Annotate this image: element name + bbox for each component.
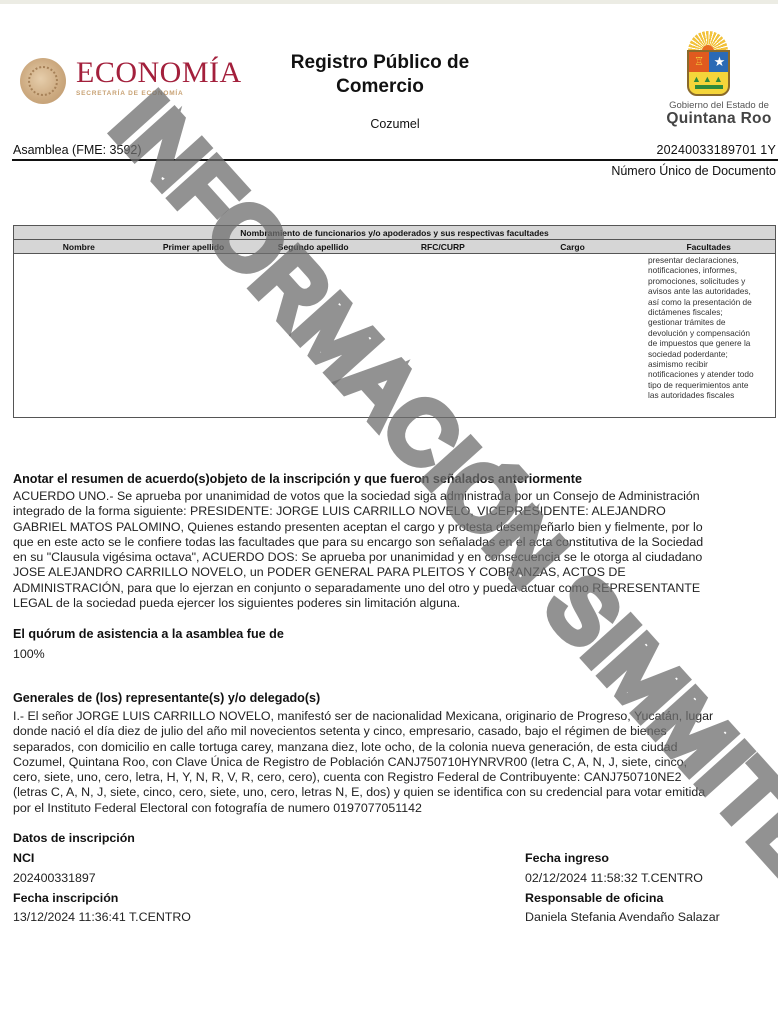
economia-logo: ECONOMÍA SECRETARÍA DE ECONOMÍA — [16, 52, 256, 108]
trees-icon: ▲▲▲ — [692, 74, 728, 84]
agreements-line: ADMINISTRACIÓN, para que lo ejerzan en c… — [13, 581, 775, 596]
facultades-line: asimismo recibir — [648, 359, 775, 369]
agreements-line: ACUERDO UNO.- Se aprueba por unanimidad … — [13, 489, 775, 504]
quintana-roo-logo: ♖ ★ ▲▲▲ Gobierno del Estado de Quintana … — [660, 28, 778, 130]
representatives-line: cero, siete, uno, cero, letra, H, Y, N, … — [13, 770, 775, 785]
scan-top-edge — [0, 0, 778, 4]
column-header-cargo: Cargo — [503, 240, 643, 253]
column-header-facultades: Facultades — [642, 240, 775, 253]
facultades-line: las autoridades fiscales — [648, 390, 775, 400]
economia-wordmark: ECONOMÍA — [76, 56, 242, 90]
facultades-line: notificaciones, informes, — [648, 265, 775, 275]
fecha-inscripcion-value: 13/12/2024 11:36:41 T.CENTRO — [13, 910, 191, 924]
nci-value: 202400331897 — [13, 871, 96, 885]
state-name: Quintana Roo — [660, 110, 778, 128]
representatives-line: por el Instituto Federal Electoral con f… — [13, 801, 775, 816]
column-header-nombre: Nombre — [14, 240, 144, 253]
responsable-label: Responsable de oficina — [525, 891, 663, 905]
representatives-line: separados, con domicilio en calle tortug… — [13, 740, 775, 755]
facultades-cell: presentar declaraciones,notificaciones, … — [644, 255, 775, 401]
agreements-line: que en este acto se le confiere todas la… — [13, 535, 775, 550]
table-header-row: Nombre Primer apellido Segundo apellido … — [14, 240, 775, 254]
office-city: Cozumel — [270, 117, 520, 131]
facultades-line: notificaciones y atender todo — [648, 369, 775, 379]
star-icon: ★ — [709, 52, 730, 72]
column-header-rfc-curp: RFC/CURP — [383, 240, 503, 253]
sun-icon — [688, 31, 728, 51]
nci-label: NCI — [13, 851, 34, 865]
facultades-line: presentar declaraciones, — [648, 255, 775, 265]
document-number-label: Número Único de Documento — [611, 164, 776, 178]
agreements-title: Anotar el resumen de acuerdo(s)objeto de… — [13, 472, 582, 486]
act-type: Asamblea (FME: 3592) — [13, 143, 142, 157]
facultades-line: tipo de requerimientos ante — [648, 380, 775, 390]
facultades-line: de impuestos que genere la — [648, 338, 775, 348]
title-line-1: Registro Público de — [270, 51, 490, 75]
officials-table: Nombramiento de funcionarios y/o apodera… — [13, 225, 776, 418]
representatives-line: Cozumel, Quintana Roo, con Clave Única d… — [13, 755, 775, 770]
agreements-line: LEGAL de la sociedad pueda ejercer los s… — [13, 596, 775, 611]
agreements-line: integrado de la forma siguiente: PRESIDE… — [13, 504, 775, 519]
table-caption: Nombramiento de funcionarios y/o apodera… — [14, 226, 775, 240]
facultades-line: gestionar trámites de — [648, 317, 775, 327]
representatives-title: Generales de (los) representante(s) y/o … — [13, 691, 320, 705]
representatives-line: (letras C, A, N, J, siete, cinco, cero, … — [13, 785, 775, 800]
facultades-line: sociedad poderdante; — [648, 349, 775, 359]
fecha-ingreso-value: 02/12/2024 11:58:32 T.CENTRO — [525, 871, 703, 885]
agreements-line: en su "Clausula vigésima octava", ACUERD… — [13, 550, 775, 565]
title-line-2: Comercio — [270, 75, 490, 99]
facultades-line: así como la presentación de — [648, 297, 775, 307]
registration-title: Datos de inscripción — [13, 831, 135, 845]
table-row: presentar declaraciones,notificaciones, … — [14, 254, 775, 401]
agreements-line: JOSE ALEJANDRO CARRILLO NOVELO, un PODER… — [13, 565, 775, 580]
representatives-line: donde nació el día diez de julio del año… — [13, 724, 775, 739]
representatives-line: I.- El señor JORGE LUIS CARRILLO NOVELO,… — [13, 709, 775, 724]
economia-subtitle: SECRETARÍA DE ECONOMÍA — [76, 90, 184, 97]
responsable-value: Daniela Stefania Avendaño Salazar — [525, 910, 720, 924]
facultades-line: avisos ante las autoridades, — [648, 286, 775, 296]
quorum-title: El quórum de asistencia a la asamblea fu… — [13, 627, 284, 641]
quintana-roo-shield-icon: ♖ ★ ▲▲▲ — [687, 50, 730, 96]
page-title: Registro Público de Comercio — [270, 51, 490, 99]
shield-base — [695, 85, 723, 89]
agreements-text: ACUERDO UNO.- Se aprueba por unanimidad … — [13, 489, 775, 611]
header-divider — [12, 159, 778, 161]
facultades-line: dictámenes fiscales; — [648, 307, 775, 317]
quorum-value: 100% — [13, 647, 45, 661]
glyph-icon: ♖ — [689, 52, 709, 72]
facultades-line: devolución y compensación — [648, 328, 775, 338]
representatives-text: I.- El señor JORGE LUIS CARRILLO NOVELO,… — [13, 709, 775, 816]
fecha-ingreso-label: Fecha ingreso — [525, 851, 609, 865]
document-number: 20240033189701 1Y — [657, 143, 777, 157]
column-header-segundo-apellido: Segundo apellido — [243, 240, 383, 253]
fecha-inscripcion-label: Fecha inscripción — [13, 891, 118, 905]
agreements-line: GABRIEL MATOS PALOMINO, Quienes estando … — [13, 520, 775, 535]
column-header-primer-apellido: Primer apellido — [144, 240, 244, 253]
mexico-seal-icon — [20, 58, 66, 104]
facultades-line: promociones, solicitudes y — [648, 276, 775, 286]
